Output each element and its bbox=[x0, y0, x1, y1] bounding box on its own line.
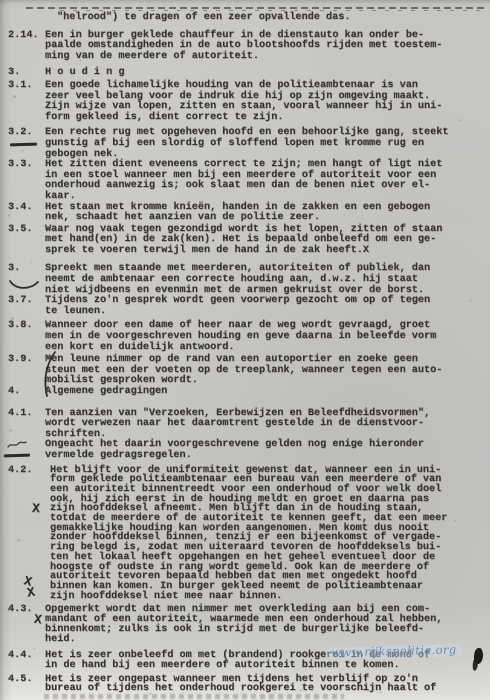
clause-number: 3.1. bbox=[8, 81, 45, 123]
clause-number: 3.7. bbox=[8, 296, 45, 317]
section-heading-4: 4. Algemene gedragingen bbox=[8, 387, 486, 398]
clause-3-8: 3.8. Wanneer door een dame of heer naar … bbox=[8, 321, 486, 353]
clause-text: Een in burger geklede chauffeur in de di… bbox=[45, 31, 442, 63]
clause-text: Tijdens zo'n gesprek wordt geen voorwerp… bbox=[45, 296, 430, 317]
handwritten-x-mark: X bbox=[26, 585, 36, 599]
clause-text: Het staan met kromme knieën, handen in d… bbox=[45, 203, 430, 224]
clause-4-5: 4.5. Het is zeer ongepast wanneer men ti… bbox=[8, 675, 486, 694]
clause-number: 3.8. bbox=[8, 321, 45, 353]
site-watermark: www.rijkspolitie.org bbox=[326, 644, 462, 659]
clause-number: 3.5. bbox=[8, 225, 45, 257]
clause-3-1: 3.1. Een goede lichamelijke houding van … bbox=[8, 81, 486, 123]
clause-text: Een rechte rug met opgeheven hoofd en ee… bbox=[45, 128, 449, 160]
handwritten-dash-mark bbox=[4, 453, 30, 456]
clause-text: Ten aanzien van "Verzoeken, Eerbewijzen … bbox=[45, 409, 430, 462]
clause-text: Het is zeer ongepast wanneer men tijdens… bbox=[45, 675, 436, 694]
clause-text: Een goede lichamelijke houding van de po… bbox=[45, 81, 442, 123]
section-number: 4. bbox=[8, 387, 45, 398]
clause-text: Wanneer door een dame of heer naar de we… bbox=[45, 321, 436, 353]
clause-number: 3.3. bbox=[8, 160, 45, 202]
paper-speckles bbox=[0, 0, 1, 1]
scan-edge-dashed-line-faint bbox=[60, 10, 480, 11]
clause-3-6: 3. Spreekt men staande met meerderen, au… bbox=[8, 264, 486, 296]
clause-text: Het zitten dient eveneens correct te zij… bbox=[45, 160, 442, 202]
document-body: "helrood") te dragen of een zeer opvalle… bbox=[8, 13, 486, 694]
clause-3-7: 3.7. Tijdens zo'n gesprek wordt geen voo… bbox=[8, 296, 486, 317]
clause-3-4: 3.4. Het staan met kromme knieën, handen… bbox=[8, 203, 486, 224]
clause-number: 4.5. bbox=[8, 675, 45, 694]
clause-number: 3.4. bbox=[8, 203, 45, 224]
clause-2-14: 2.14. Een in burger geklede chauffeur in… bbox=[8, 31, 486, 63]
section-heading-3: 3. H o u d i n g bbox=[8, 68, 486, 79]
section-number: 3. bbox=[8, 68, 45, 79]
section-title: H o u d i n g bbox=[45, 68, 124, 79]
clause-3-3: 3.3. Het zitten dient eveneens correct t… bbox=[8, 160, 486, 202]
cutoff-text-remnant bbox=[44, 694, 344, 699]
clause-4-3: X 4.3. Opgemerkt wordt dat men nimmer me… bbox=[8, 605, 486, 644]
clause-text: "helrood") te dragen of een zeer opvalle… bbox=[57, 13, 350, 24]
clause-text: Waar nog vaak tegen gezondigd wordt is h… bbox=[45, 225, 442, 257]
handwritten-tilde-mark bbox=[7, 440, 27, 450]
clause-continuation: "helrood") te dragen of een zeer opvalle… bbox=[8, 13, 486, 24]
clause-text: Het blijft voor de uniformiteit gewenst … bbox=[50, 466, 447, 602]
clause-3-9: 3.9. Men leune nimmer op de rand van een… bbox=[8, 355, 486, 387]
scanned-document-page: "helrood") te dragen of een zeer opvalle… bbox=[0, 0, 490, 700]
clause-text: Spreekt men staande met meerderen, autor… bbox=[45, 264, 430, 296]
clause-4-1: 4.1. Ten aanzien van "Verzoeken, Eerbewi… bbox=[8, 409, 486, 462]
clause-text: Men leune nimmer op de rand van een auto… bbox=[45, 355, 442, 387]
handwritten-swoosh-mark bbox=[8, 278, 40, 292]
clause-number: 4.4. bbox=[8, 651, 45, 670]
section-title: Algemene gedragingen bbox=[45, 387, 167, 398]
clause-number: 2.14. bbox=[8, 31, 45, 63]
clause-3-2: 3.2. Een rechte rug met opgeheven hoofd … bbox=[8, 128, 486, 160]
clause-3-5: 3.5. Waar nog vaak tegen gezondigd wordt… bbox=[8, 225, 486, 257]
clause-4-2: X X X 4.2. Het blijft voor de uniformite… bbox=[8, 466, 486, 602]
clause-text: Opgemerkt wordt dat men nimmer met overk… bbox=[45, 605, 442, 644]
clause-4-4: 4.4. Het is zeer onbeleefd om met (brand… bbox=[8, 651, 486, 670]
clause-number bbox=[8, 13, 45, 24]
scan-edge-dashed-line bbox=[26, 7, 486, 9]
handwritten-x-mark: X bbox=[32, 501, 40, 514]
handwritten-x-mark: X bbox=[33, 613, 42, 627]
